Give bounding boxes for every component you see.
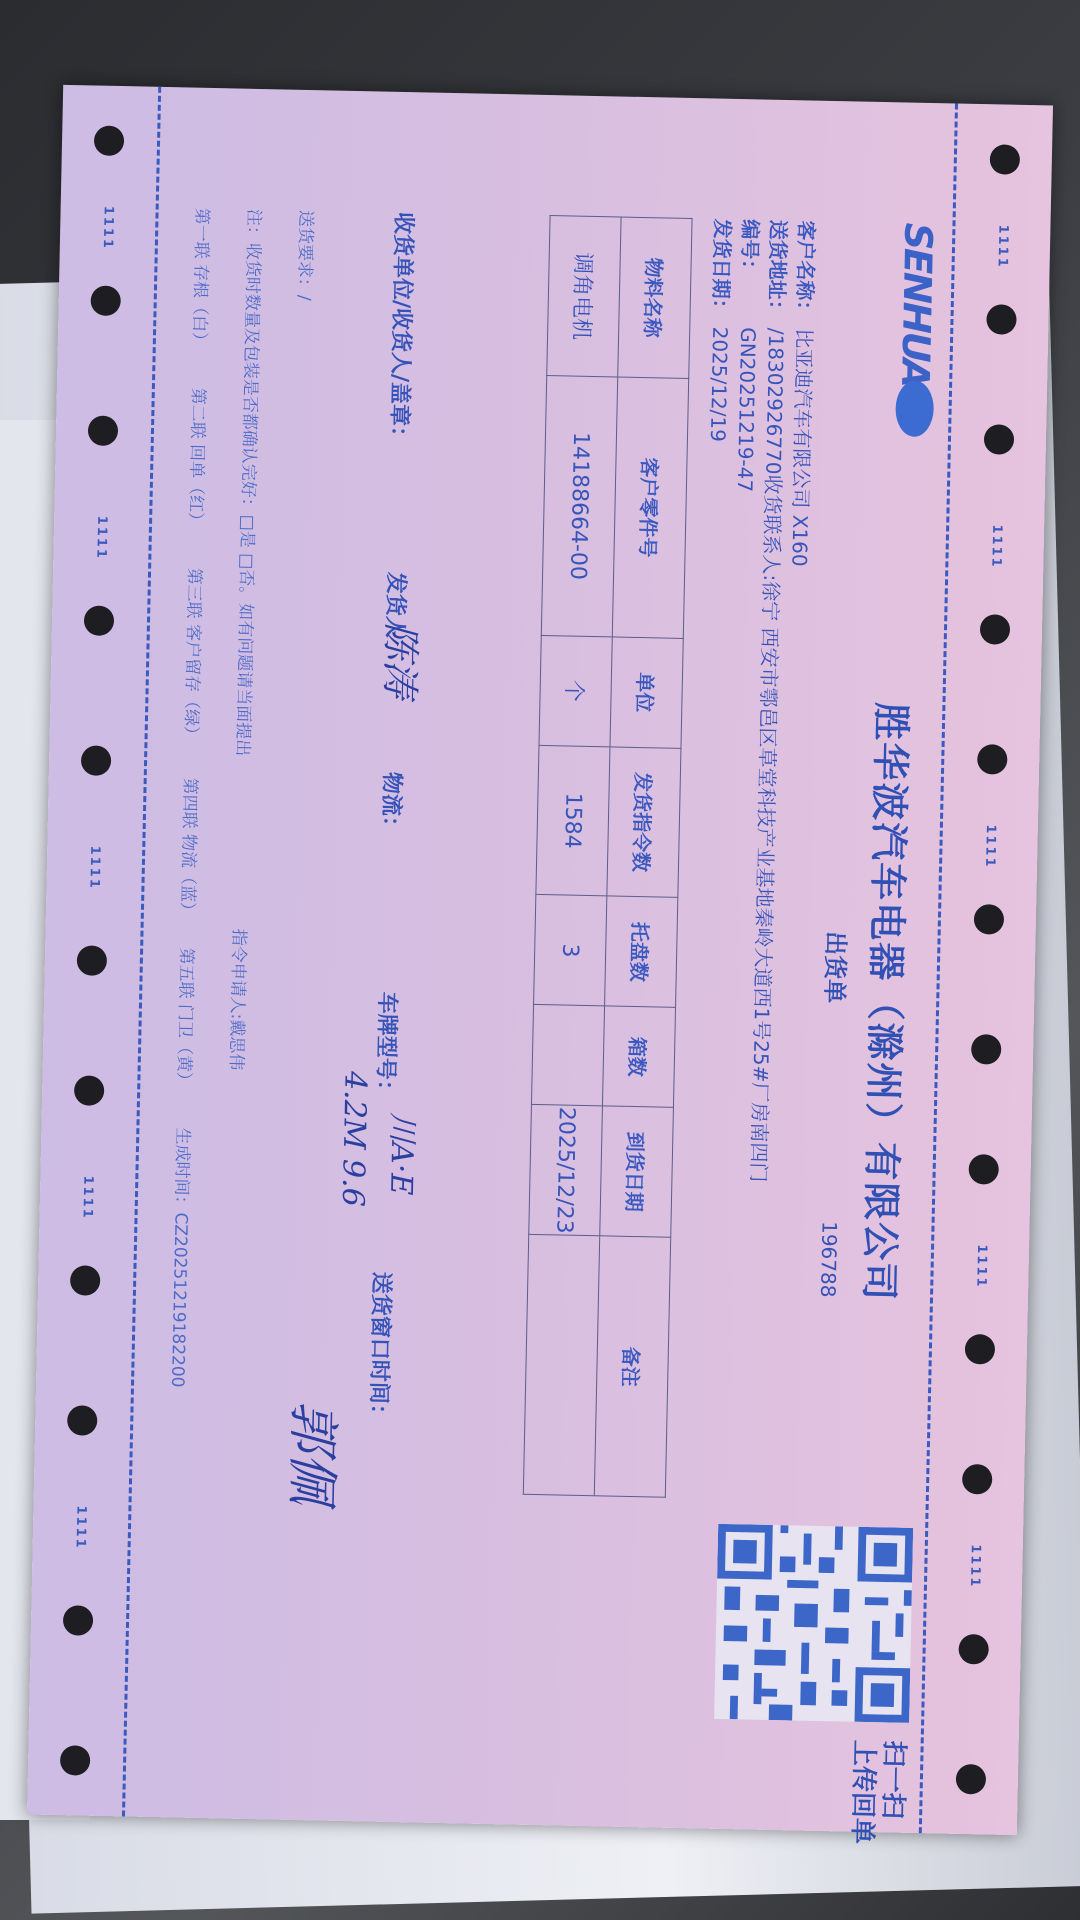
upload-label-line: 上传回单 — [847, 1740, 878, 1801]
delivery-signature: 郭佩 — [279, 1400, 356, 1506]
copy-4: 第四联 物流（蓝） — [177, 777, 205, 919]
tractor-hole — [986, 304, 1017, 335]
serial-number: 196788 — [816, 1221, 842, 1298]
customer-label: 客户名称： — [790, 220, 820, 329]
copy-2: 第二联 回单（红） — [185, 388, 213, 530]
tractor-hole — [94, 125, 125, 156]
tractor-hole — [74, 1075, 105, 1106]
tractor-hole — [88, 415, 119, 446]
logistics-label: 物流： — [377, 772, 409, 839]
document-title: 出货单 — [819, 931, 856, 1004]
delivery-requirement: 送货要求：/ — [294, 210, 321, 301]
col-arrival-date: 到货日期 — [600, 1106, 674, 1237]
address-label: 送货地址： — [762, 220, 792, 329]
col-material-name: 物料名称 — [618, 217, 692, 378]
customer-value: 比亚迪汽车有限公司 X160 — [785, 328, 818, 567]
qr-code-icon — [714, 1524, 913, 1723]
number-value: GN20251219-47 — [731, 327, 762, 492]
copy-3: 第三联 客户留存（绿） — [180, 567, 209, 743]
plate-handwritten-2: 4.2M 9.6 — [335, 1071, 373, 1207]
col-boxes: 箱数 — [602, 1006, 675, 1107]
col-unit: 单位 — [610, 637, 683, 748]
tractor-hole — [77, 945, 108, 976]
cell-unit: 个 — [539, 635, 612, 746]
inspection-note: 注：收货时数量及包装是否都确认完好：□是 □否。如有问题请当面提出 — [232, 209, 268, 757]
tractor-hole — [990, 144, 1021, 175]
tractor-hole — [84, 605, 115, 636]
order-applicant: 指令申请人:戴思伟 — [226, 928, 254, 1070]
tractor-hole — [63, 1605, 94, 1636]
tractor-hole — [67, 1405, 98, 1436]
items-table: 物料名称 客户零件号 单位 发货指令数 托盘数 箱数 到货日期 备注 调角电机 … — [523, 215, 693, 1498]
tractor-hole — [958, 1634, 989, 1665]
tractor-hole — [980, 614, 1011, 645]
tractor-hole — [977, 744, 1008, 775]
perforation-mark: 1111 — [86, 845, 102, 889]
number-label: 编号： — [734, 219, 764, 328]
company-name: 胜华波汽车电器（滁州）有限公司 — [855, 702, 923, 1303]
col-remarks: 备注 — [594, 1236, 670, 1497]
tractor-hole — [70, 1265, 101, 1296]
scan-label-line: 扫一扫 — [877, 1740, 908, 1801]
perforation-mark: 1111 — [100, 206, 116, 250]
copy-1: 第一联 存根（白） — [189, 208, 217, 350]
cell-arrival-date: 2025/12/23 — [529, 1105, 603, 1236]
cell-boxes — [531, 1005, 604, 1106]
receiver-stamp-label: 收货单位/收货人/盖章： — [385, 212, 421, 449]
ship-date-label: 发货日期： — [706, 218, 736, 327]
tractor-hole — [962, 1464, 993, 1495]
cell-pallets: 3 — [534, 895, 607, 1006]
perforation-mark: 1111 — [973, 1244, 989, 1288]
header-info: 客户名称：比亚迪汽车有限公司 X160 送货地址：/18302926770收货联… — [688, 218, 820, 1183]
col-customer-part-no: 客户零件号 — [612, 377, 688, 638]
perforation-mark: 1111 — [988, 524, 1004, 568]
delivery-window-label: 送货窗口时间： — [364, 1271, 398, 1426]
col-ship-qty: 发货指令数 — [607, 746, 681, 897]
cell-customer-part-no: 14188664-00 — [541, 375, 617, 636]
perforation-mark: 1111 — [73, 1505, 89, 1549]
signature-section: 收货单位/收货人/盖章： 发货人 陈涛 物流： 车牌型号： 川A·E 4.2M … — [411, 213, 440, 1613]
perforation-mark: 1111 — [79, 1175, 95, 1219]
cell-ship-qty: 1584 — [536, 745, 610, 896]
tractor-hole — [984, 424, 1015, 455]
ship-date-value: 2025/12/19 — [704, 326, 734, 442]
company-logo: SENHUA — [892, 222, 940, 436]
tractor-hole — [968, 1154, 999, 1185]
tractor-hole — [971, 1034, 1002, 1065]
delivery-note: 1111 1111 1111 1111 1111 SENHUA 胜华波汽车电器（… — [27, 85, 1053, 1835]
perforation-mark: 1111 — [967, 1544, 983, 1588]
logo-globe-icon — [895, 380, 934, 437]
perforation-mark: 1111 — [982, 824, 998, 868]
tractor-hole — [956, 1764, 987, 1795]
logo-text: SENHUA — [893, 222, 940, 386]
scan-upload-label: 扫一扫 上传回单 — [847, 1740, 908, 1801]
generated-time: 生成时间：CZ20251219182200 — [167, 1127, 197, 1387]
copy-5: 第五联 门卫（黄） — [173, 947, 201, 1089]
perforation-mark: 1111 — [93, 516, 109, 560]
plate-handwritten-1: 川A·E — [382, 1112, 428, 1196]
tractor-hole — [90, 285, 121, 316]
tractor-hole — [965, 1334, 996, 1365]
shipper-signature: 陈涛 — [375, 622, 432, 699]
tractor-hole — [60, 1745, 91, 1776]
col-pallets: 托盘数 — [605, 896, 678, 1007]
tractor-hole — [974, 904, 1005, 935]
qr-code[interactable] — [714, 1524, 913, 1723]
cell-material-name: 调角电机 — [547, 216, 621, 377]
tractor-hole — [81, 745, 112, 776]
perforation-mark: 1111 — [995, 224, 1011, 268]
cell-remarks — [523, 1235, 599, 1496]
plate-label: 车牌型号： — [371, 992, 404, 1103]
